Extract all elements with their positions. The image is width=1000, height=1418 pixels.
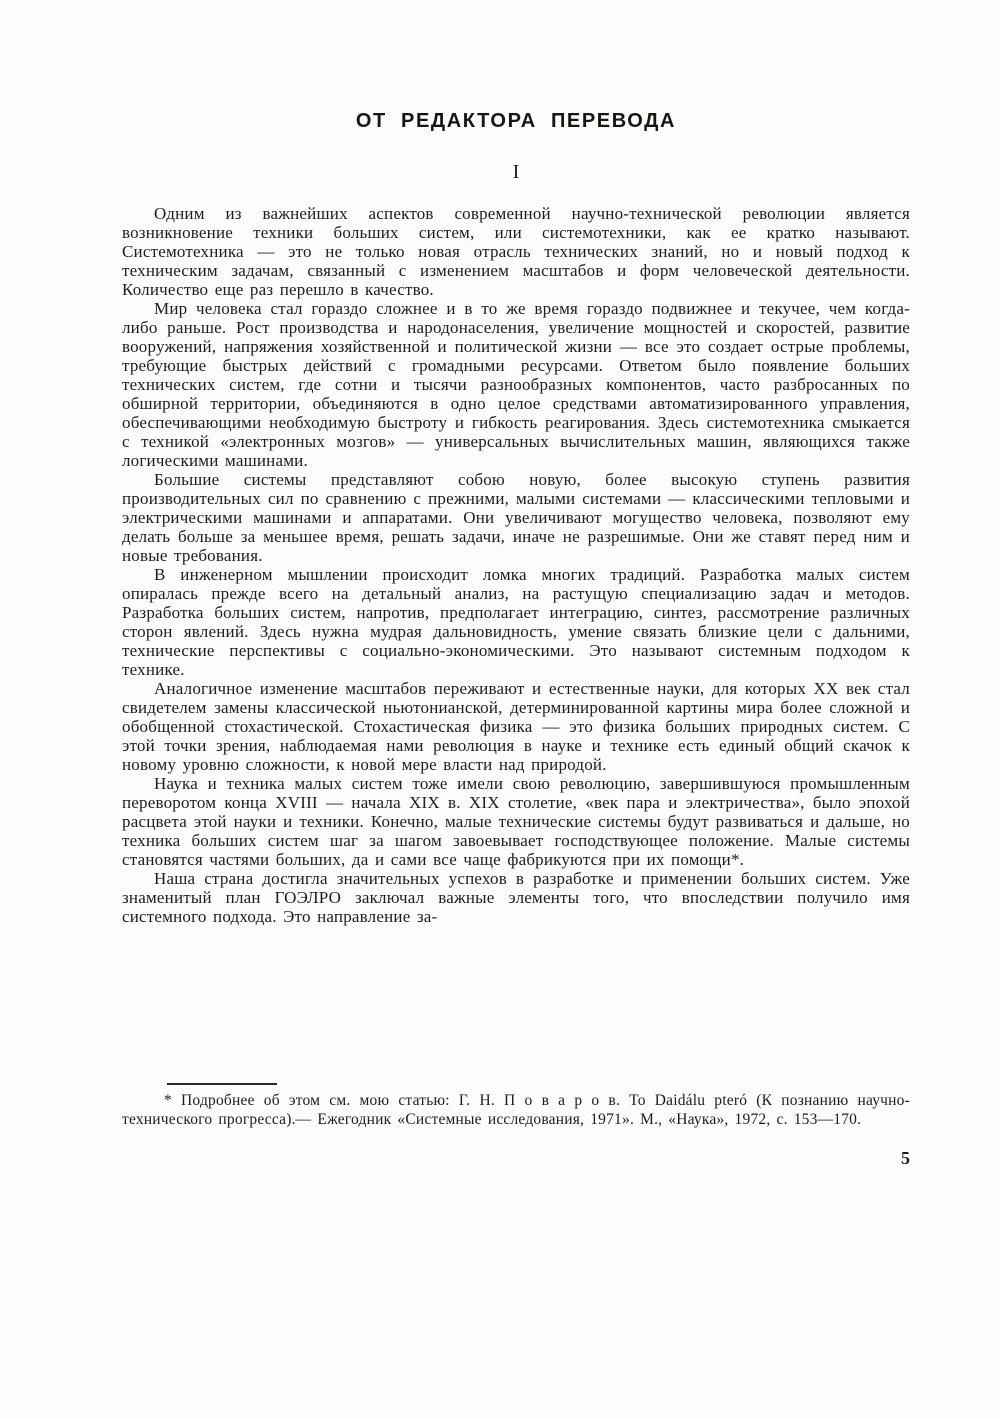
paragraph: Наука и техника малых систем тоже имели … [122, 774, 910, 869]
paragraph: Наша страна достигла значительных успехо… [122, 869, 910, 926]
section-numeral: I [122, 161, 910, 184]
paragraph: Одним из важнейших аспектов современной … [122, 204, 910, 299]
paragraph: Мир человека стал гораздо сложнее и в то… [122, 299, 910, 470]
footnote-divider [167, 1083, 277, 1085]
paragraph: Аналогичное изменение масштабов пережива… [122, 679, 910, 774]
body-text: Одним из важнейших аспектов современной … [122, 204, 910, 926]
paragraph: В инженерном мышлении происходит ломка м… [122, 565, 910, 679]
page-number: 5 [122, 1148, 910, 1169]
footnote-text: * Подробнее об этом см. мою статью: Г. Н… [122, 1091, 910, 1129]
paragraph: Большие системы представляют собою новую… [122, 470, 910, 565]
scanned-book-page: ОТ РЕДАКТОРА ПЕРЕВОДА I Одним из важнейш… [0, 0, 1000, 1418]
page-title: ОТ РЕДАКТОРА ПЕРЕВОДА [122, 110, 910, 133]
